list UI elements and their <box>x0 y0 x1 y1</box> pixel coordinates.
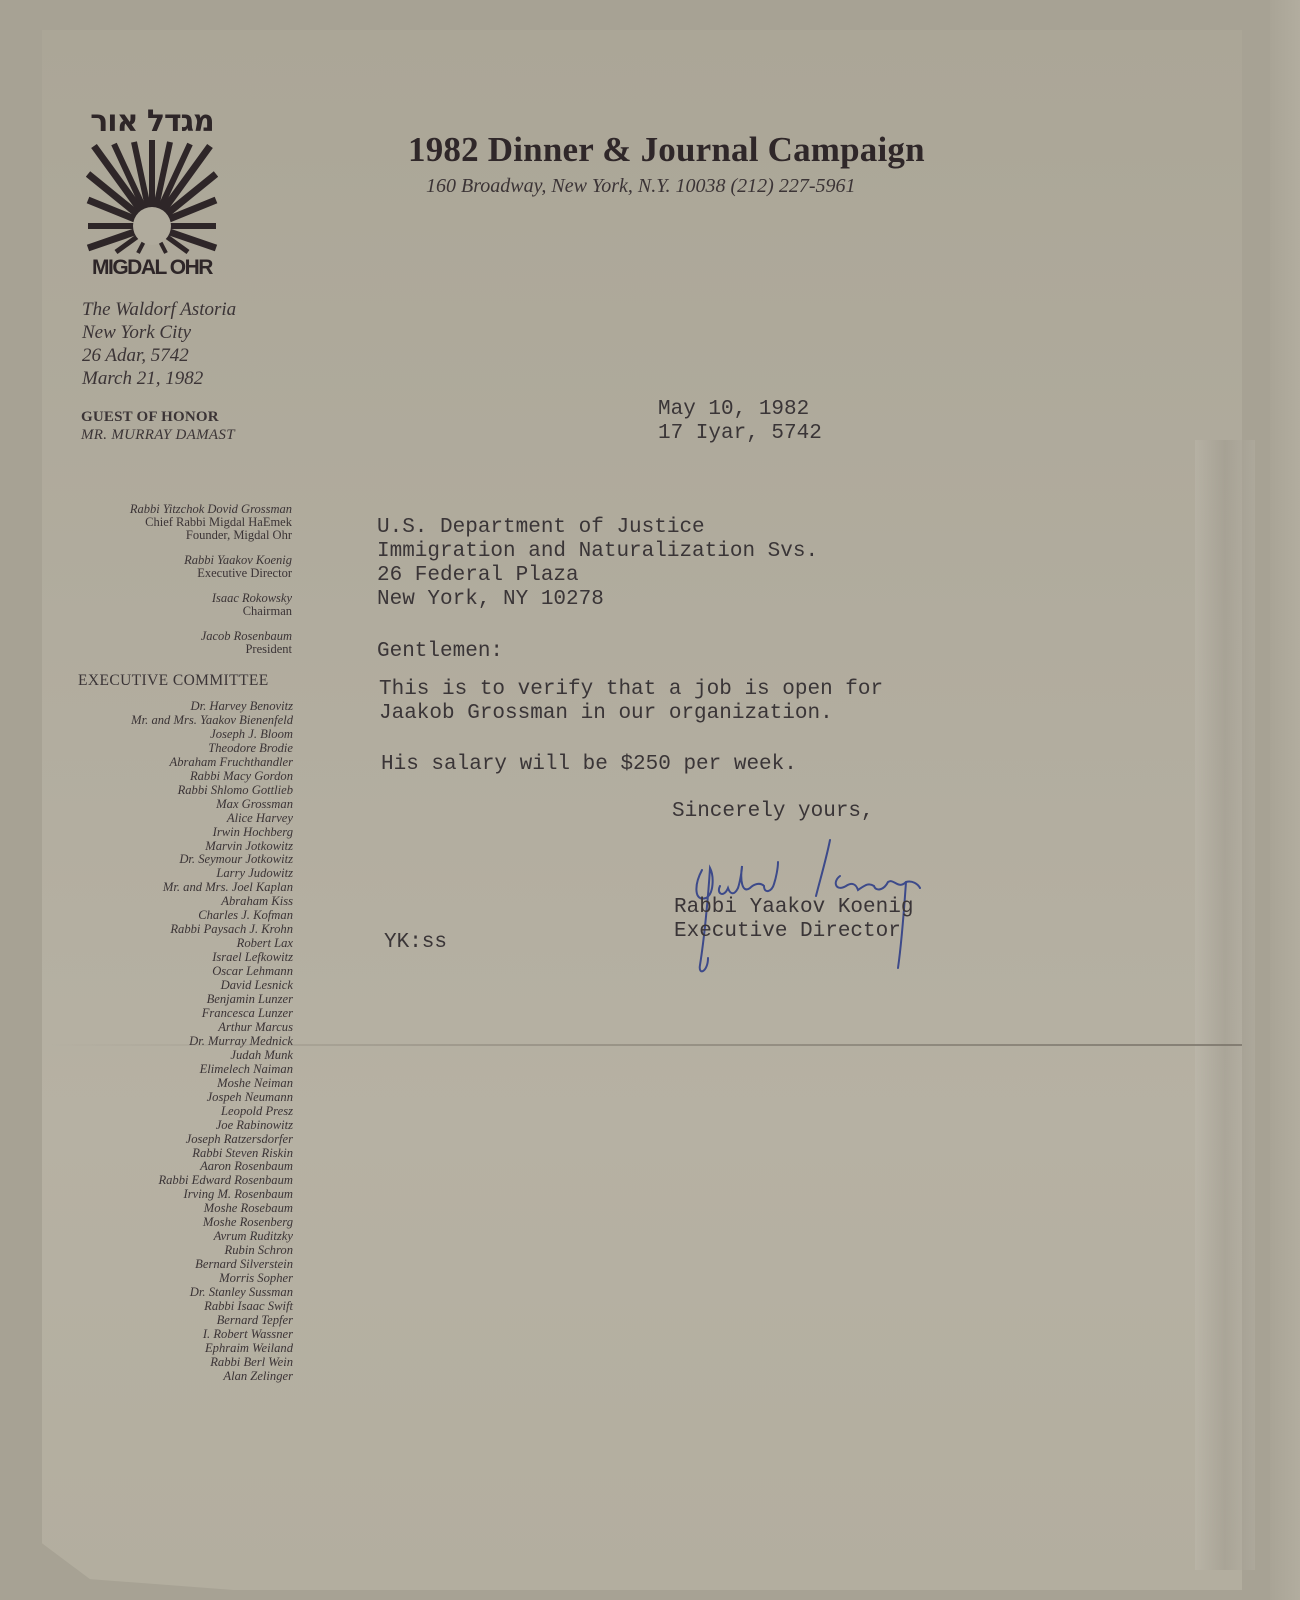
committee-member: Max Grossman <box>60 798 293 812</box>
officer-entry: Rabbi Yitzchok Dovid Grossman Chief Rabb… <box>60 503 292 542</box>
campaign-address: 160 Broadway, New York, N.Y. 10038 (212)… <box>426 175 855 198</box>
committee-member: Moshe Rosenberg <box>60 1216 293 1230</box>
committee-member: Abraham Kiss <box>60 895 293 909</box>
paper-fold-right <box>1195 440 1255 1570</box>
committee-member: Rubin Schron <box>60 1244 293 1258</box>
body-paragraph-1: This is to verify that a job is open for… <box>379 678 883 726</box>
committee-member: Irwin Hochberg <box>60 826 293 840</box>
event-venue: The Waldorf Astoria <box>82 298 236 321</box>
date-gregorian: May 10, 1982 <box>658 398 822 422</box>
event-date: March 21, 1982 <box>82 367 236 390</box>
signer-name: Rabbi Yaakov Koenig <box>674 896 913 920</box>
salutation: Gentlemen: <box>377 640 503 664</box>
closing: Sincerely yours, <box>672 800 874 824</box>
committee-member: Joseph J. Bloom <box>60 728 293 742</box>
event-city: New York City <box>82 321 236 344</box>
committee-member: Avrum Ruditzky <box>60 1230 293 1244</box>
committee-member: Bernard Silverstein <box>60 1258 293 1272</box>
committee-member: Rabbi Steven Riskin <box>60 1147 293 1161</box>
committee-member: Leopold Presz <box>60 1105 293 1119</box>
committee-member: David Lesnick <box>60 979 293 993</box>
committee-member: Joe Rabinowitz <box>60 1119 293 1133</box>
recipient-address: U.S. Department of Justice Immigration a… <box>377 516 818 612</box>
letter-date: May 10, 1982 17 Iyar, 5742 <box>658 398 822 446</box>
background-surface <box>1270 0 1300 1600</box>
committee-member: Rabbi Macy Gordon <box>60 770 293 784</box>
committee-member: Rabbi Edward Rosenbaum <box>60 1174 293 1188</box>
recipient-line: Immigration and Naturalization Svs. <box>377 540 818 564</box>
committee-member: Bernard Tepfer <box>60 1314 293 1328</box>
officer-role: Chairman <box>60 605 292 618</box>
committee-member: Charles J. Kofman <box>60 909 293 923</box>
committee-member: Judah Munk <box>60 1049 293 1063</box>
event-hebrew-date: 26 Adar, 5742 <box>82 344 236 367</box>
officer-role: Founder, Migdal Ohr <box>60 529 292 542</box>
logo-wordmark: MIGDAL OHR <box>86 256 218 280</box>
committee-member: Moshe Neiman <box>60 1077 293 1091</box>
committee-member: Rabbi Shlomo Gottlieb <box>60 784 293 798</box>
committee-member: Joseph Ratzersdorfer <box>60 1133 293 1147</box>
committee-member: Dr. Murray Mednick <box>60 1035 293 1049</box>
committee-member: Morris Sopher <box>60 1272 293 1286</box>
committee-member: Oscar Lehmann <box>60 965 293 979</box>
reference-initials: YK:ss <box>384 931 447 955</box>
officers-list: Rabbi Yitzchok Dovid Grossman Chief Rabb… <box>60 503 292 668</box>
migdal-ohr-logo: מגדל אור MIGDAL OHR <box>86 104 218 284</box>
signer-title: Executive Director <box>674 920 913 944</box>
recipient-line: 26 Federal Plaza <box>377 564 818 588</box>
executive-committee-list: Dr. Harvey BenovitzMr. and Mrs. Yaakov B… <box>60 700 293 1384</box>
body-line: This is to verify that a job is open for <box>379 678 883 702</box>
campaign-title: 1982 Dinner & Journal Campaign <box>408 130 925 170</box>
committee-member: Alice Harvey <box>60 812 293 826</box>
recipient-line: New York, NY 10278 <box>377 588 818 612</box>
committee-member: Elimelech Naiman <box>60 1063 293 1077</box>
date-hebrew: 17 Iyar, 5742 <box>658 422 822 446</box>
body-paragraph-2: His salary will be $250 per week. <box>381 753 797 777</box>
committee-member: Francesca Lunzer <box>60 1007 293 1021</box>
event-info: The Waldorf Astoria New York City 26 Ada… <box>82 298 236 390</box>
officer-entry: Isaac Rokowsky Chairman <box>60 592 292 618</box>
committee-member: Dr. Stanley Sussman <box>60 1286 293 1300</box>
sunburst-icon <box>86 140 218 254</box>
guest-of-honor-name: MR. MURRAY DAMAST <box>81 427 235 444</box>
committee-member: Dr. Harvey Benovitz <box>60 700 293 714</box>
committee-member: Abraham Fruchthandler <box>60 756 293 770</box>
committee-member: Moshe Rosebaum <box>60 1202 293 1216</box>
committee-member: Larry Judowitz <box>60 867 293 881</box>
committee-member: Irving M. Rosenbaum <box>60 1188 293 1202</box>
logo-hebrew-text: מגדל אור <box>86 104 218 139</box>
body-line: Jaakob Grossman in our organization. <box>379 702 883 726</box>
guest-of-honor-label: GUEST OF HONOR <box>81 409 219 426</box>
committee-member: Alan Zelinger <box>60 1370 293 1384</box>
officer-role: President <box>60 643 292 656</box>
committee-member: Marvin Jotkowitz <box>60 840 293 854</box>
committee-member: Arthur Marcus <box>60 1021 293 1035</box>
recipient-line: U.S. Department of Justice <box>377 516 818 540</box>
committee-member: Aaron Rosenbaum <box>60 1160 293 1174</box>
committee-member: I. Robert Wassner <box>60 1328 293 1342</box>
officer-role: Executive Director <box>60 567 292 580</box>
committee-member: Ephraim Weiland <box>60 1342 293 1356</box>
committee-member: Rabbi Paysach J. Krohn <box>60 923 293 937</box>
committee-member: Benjamin Lunzer <box>60 993 293 1007</box>
committee-member: Rabbi Berl Wein <box>60 1356 293 1370</box>
committee-member: Rabbi Isaac Swift <box>60 1300 293 1314</box>
officer-entry: Jacob Rosenbaum President <box>60 630 292 656</box>
signature-block: Rabbi Yaakov Koenig Executive Director <box>674 896 913 944</box>
committee-member: Robert Lax <box>60 937 293 951</box>
committee-member: Israel Lefkowitz <box>60 951 293 965</box>
committee-member: Jospeh Neumann <box>60 1091 293 1105</box>
committee-member: Mr. and Mrs. Joel Kaplan <box>60 881 293 895</box>
officer-entry: Rabbi Yaakov Koenig Executive Director <box>60 554 292 580</box>
committee-member: Dr. Seymour Jotkowitz <box>60 853 293 867</box>
committee-member: Mr. and Mrs. Yaakov Bienenfeld <box>60 714 293 728</box>
committee-member: Theodore Brodie <box>60 742 293 756</box>
executive-committee-title: EXECUTIVE COMMITTEE <box>78 672 269 690</box>
